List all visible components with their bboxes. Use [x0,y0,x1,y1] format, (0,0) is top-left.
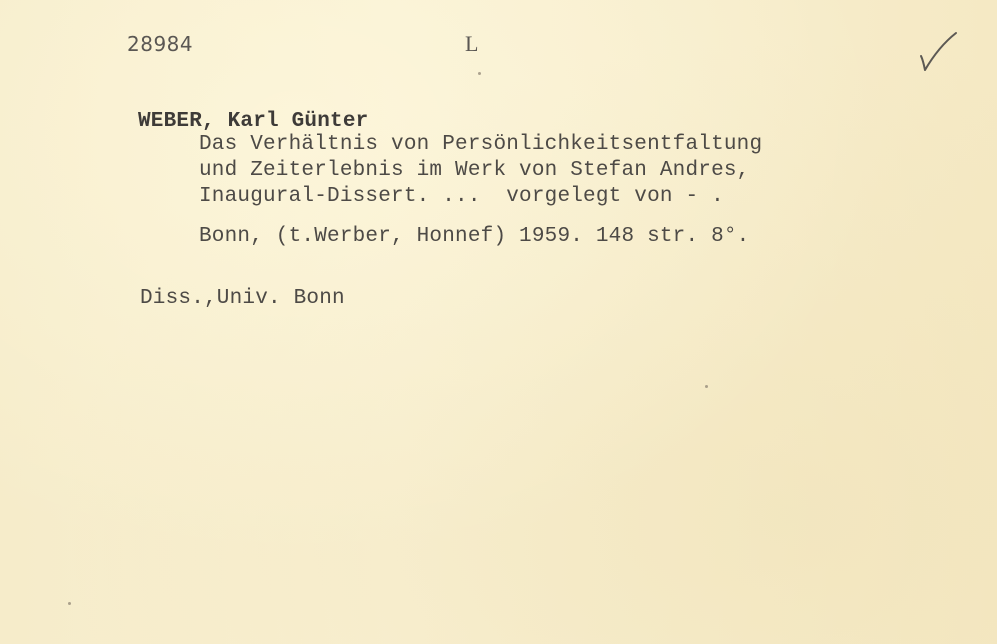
title-line: Inaugural-Dissert. ... vorgelegt von - . [199,184,724,210]
title-line: und Zeiterlebnis im Werk von Stefan Andr… [199,158,750,184]
note-line: Diss.,Univ. Bonn [140,286,345,312]
paper-speck [478,72,481,75]
catalog-number: 28984 [127,32,193,56]
title-line: Das Verhältnis von Persönlichkeitsentfal… [199,132,762,158]
catalog-card: 28984 L WEBER, Karl Günter Das Verhältni… [0,0,997,644]
paper-speck [705,385,708,388]
paper-speck [68,602,71,605]
section-letter: L [465,31,478,57]
imprint-line: Bonn, (t.Werber, Honnef) 1959. 148 str. … [199,224,750,250]
checkmark-icon [918,30,960,74]
